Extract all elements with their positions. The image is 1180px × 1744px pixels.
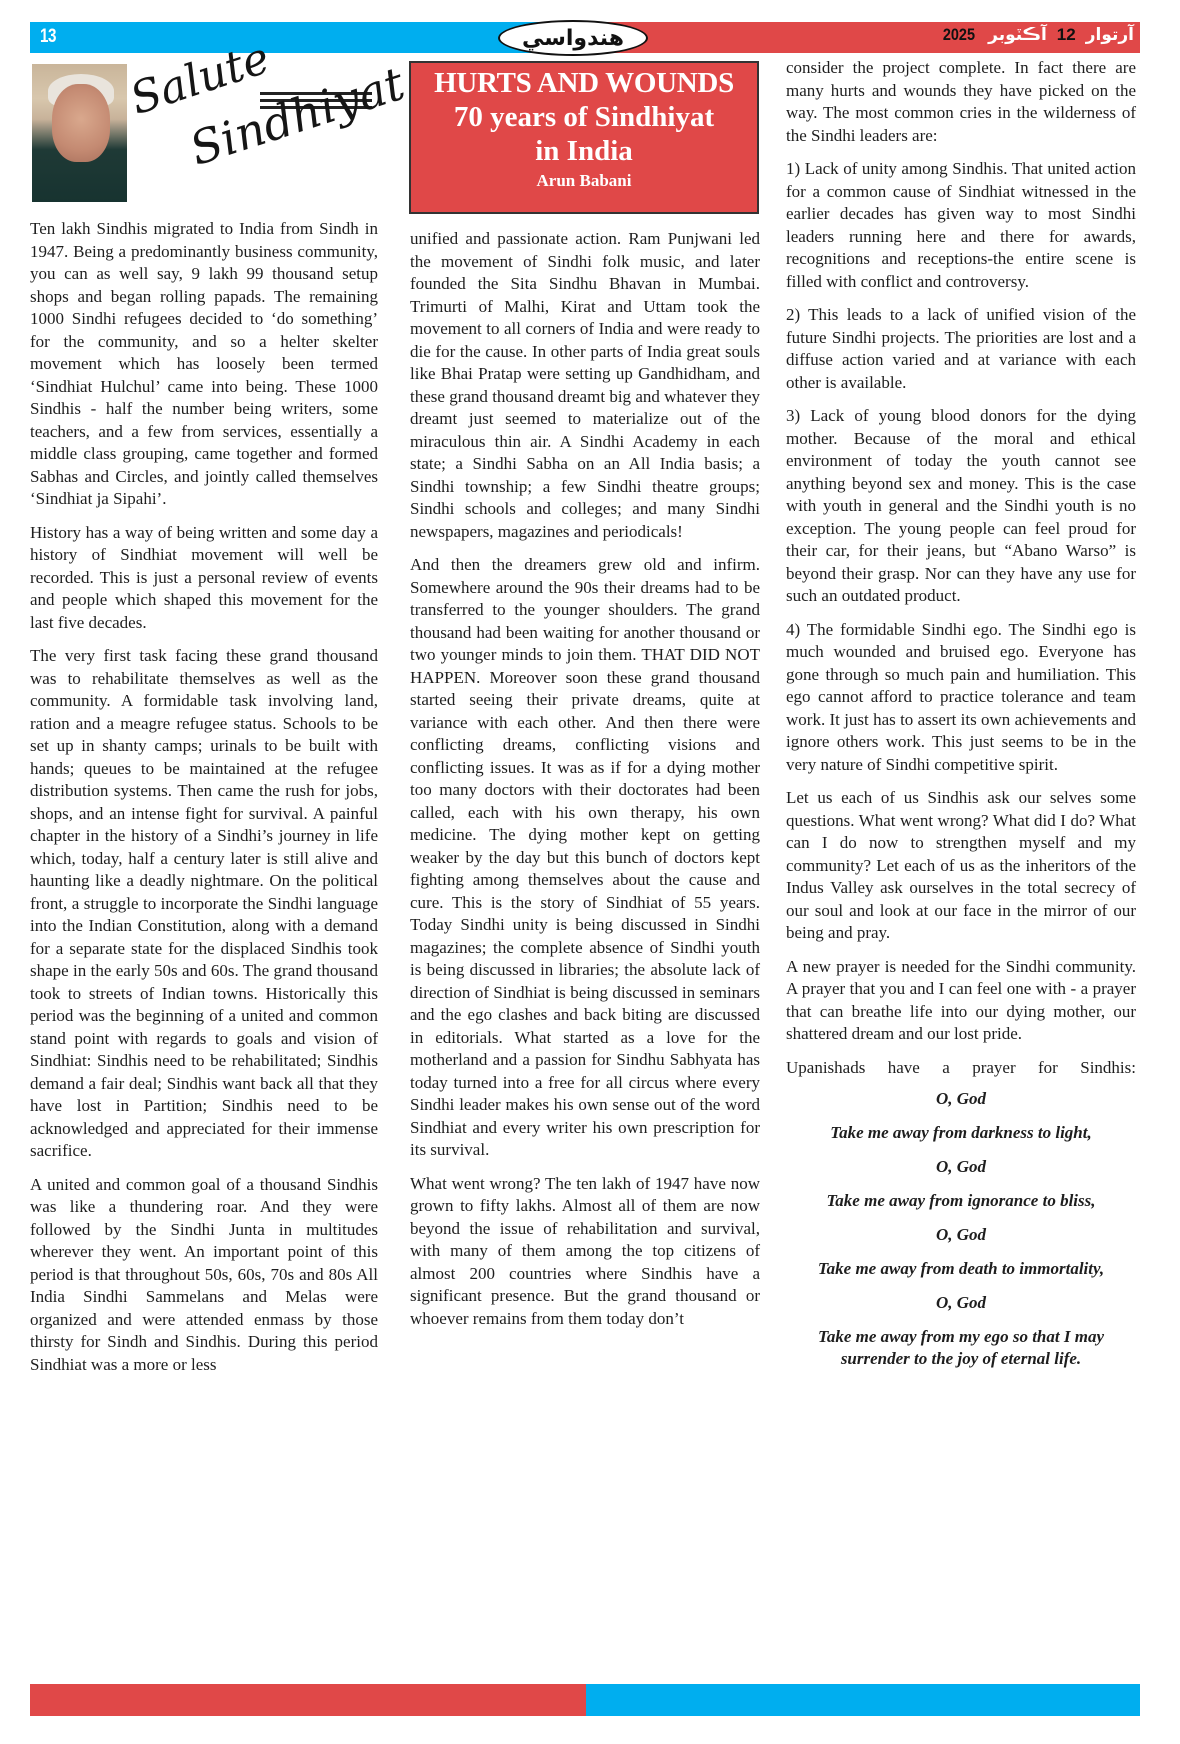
issue-date: آرتوار 12 آڪٽوبر 2025 bbox=[940, 25, 1134, 45]
headline-line3: in India bbox=[411, 134, 757, 168]
footer-blue-band bbox=[586, 1684, 1140, 1716]
footer-red-band bbox=[30, 1684, 586, 1716]
list-point-3: 3) Lack of young blood donors for the dy… bbox=[786, 405, 1136, 608]
prayer-block: O, God Take me away from darkness to lig… bbox=[786, 1088, 1136, 1370]
author-photo bbox=[32, 64, 127, 202]
paragraph: What went wrong? The ten lakh of 1947 ha… bbox=[410, 1173, 760, 1331]
list-point-2: 2) This leads to a lack of unified visio… bbox=[786, 304, 1136, 394]
date-year: 2025 bbox=[943, 25, 975, 45]
paragraph: The very first task facing these grand t… bbox=[30, 645, 378, 1163]
paragraph: consider the project complete. In fact t… bbox=[786, 57, 1136, 147]
paragraph: A united and common goal of a thousand S… bbox=[30, 1174, 378, 1377]
headline-line2: 70 years of Sindhiyat bbox=[411, 100, 757, 134]
paragraph: And then the dreamers grew old and infir… bbox=[410, 554, 760, 1162]
date-month: آڪٽوبر bbox=[988, 25, 1047, 45]
prayer-invocation: O, God bbox=[786, 1224, 1136, 1246]
prayer-invocation: O, God bbox=[786, 1088, 1136, 1110]
paragraph: Ten lakh Sindhis migrated to India from … bbox=[30, 218, 378, 511]
list-point-1: 1) Lack of unity among Sindhis. That uni… bbox=[786, 158, 1136, 293]
byline: Arun Babani bbox=[411, 170, 757, 192]
column-logo: Salute Sindhiyat bbox=[130, 74, 380, 204]
date-weekday: آرتوار bbox=[1086, 25, 1134, 45]
article-column-1: Ten lakh Sindhis migrated to India from … bbox=[30, 218, 378, 1387]
page-number: 13 bbox=[40, 26, 56, 48]
article-column-2: unified and passionate action. Ram Punjw… bbox=[410, 228, 760, 1341]
prayer-line: Take me away from ignorance to bliss, bbox=[786, 1190, 1136, 1212]
photo-face bbox=[52, 84, 110, 162]
prayer-line: Take me away from my ego so that I may s… bbox=[786, 1326, 1136, 1370]
prayer-intro: Upanishads have a prayer for Sindhis: bbox=[786, 1057, 1136, 1080]
prayer-line: Take me away from death to immortality, bbox=[786, 1258, 1136, 1280]
newspaper-logo: هندواسي bbox=[498, 20, 648, 56]
prayer-invocation: O, God bbox=[786, 1156, 1136, 1178]
paragraph: unified and passionate action. Ram Punjw… bbox=[410, 228, 760, 543]
article-title-box: HURTS AND WOUNDS 70 years of Sindhiyat i… bbox=[409, 61, 759, 214]
article-column-3: consider the project complete. In fact t… bbox=[786, 57, 1136, 1382]
headline-line1: HURTS AND WOUNDS bbox=[411, 66, 757, 100]
footer-band bbox=[30, 1684, 1140, 1716]
paragraph: Let us each of us Sindhis ask our selves… bbox=[786, 787, 1136, 945]
prayer-line: Take me away from darkness to light, bbox=[786, 1122, 1136, 1144]
list-point-4: 4) The formidable Sindhi ego. The Sindhi… bbox=[786, 619, 1136, 777]
date-day: 12 bbox=[1057, 25, 1076, 45]
paragraph: A new prayer is needed for the Sindhi co… bbox=[786, 956, 1136, 1046]
prayer-invocation: O, God bbox=[786, 1292, 1136, 1314]
paragraph: History has a way of being written and s… bbox=[30, 522, 378, 635]
